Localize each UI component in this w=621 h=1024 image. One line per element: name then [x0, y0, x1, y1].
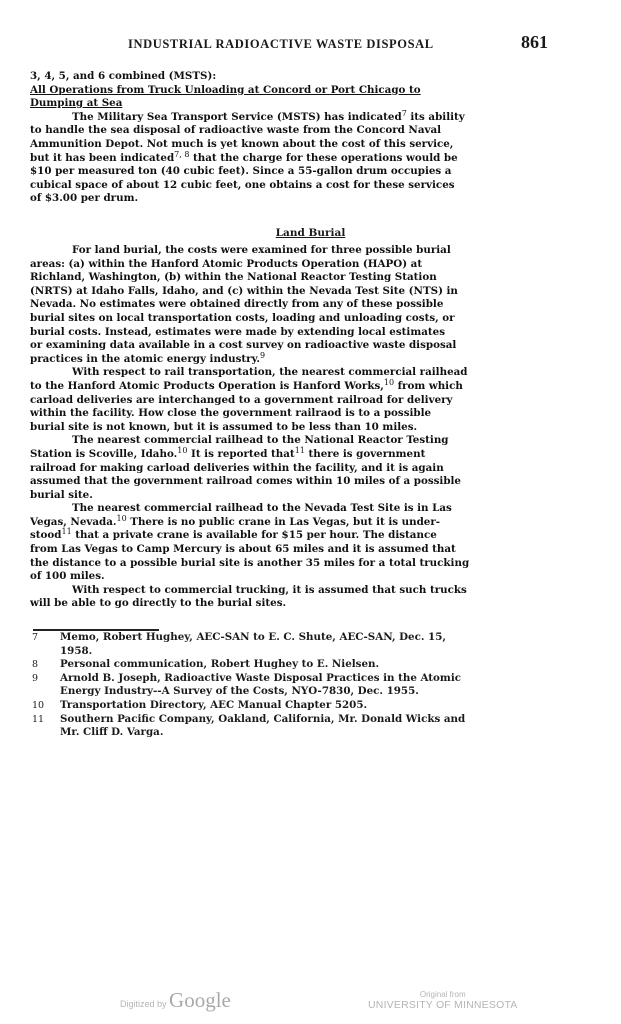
text-line: the distance to a possible burial site i… — [30, 557, 535, 571]
footnote-reference: 11 — [62, 527, 72, 536]
document-page: INDUSTRIAL RADIOACTIVE WASTE DISPOSAL 86… — [0, 0, 621, 1024]
footnote-number: 8 — [32, 658, 38, 672]
paragraph: The nearest commercial railhead to the N… — [30, 434, 535, 502]
footnote-text: Mr. Cliff D. Varga. — [32, 726, 542, 740]
section-title-line-2: Dumping at Sea — [30, 97, 535, 111]
footnote-text: 1958. — [32, 645, 542, 659]
original-from-label: Original from — [368, 990, 517, 999]
original-from: Original from UNIVERSITY OF MINNESOTA — [368, 990, 517, 1011]
text-line: burial costs. Instead, estimates were ma… — [30, 326, 535, 340]
text-line: burial sites on local transportation cos… — [30, 312, 535, 326]
text-line: or examining data available in a cost su… — [30, 339, 535, 353]
section-label: 3, 4, 5, and 6 combined (MSTS): — [30, 70, 535, 84]
footnote-number: 9 — [32, 672, 38, 686]
footnote: 9Arnold B. Joseph, Radioactive Waste Dis… — [32, 672, 542, 699]
digitized-by-google: Digitized by Google — [120, 988, 231, 1013]
text-line: areas: (a) within the Hanford Atomic Pro… — [30, 258, 535, 272]
paragraph: For land burial, the costs were examined… — [30, 244, 535, 366]
text-line: The Military Sea Transport Service (MSTS… — [30, 111, 535, 125]
paragraph: With respect to commercial trucking, it … — [30, 584, 535, 611]
land-burial-body: For land burial, the costs were examined… — [30, 244, 535, 611]
text-line: to the Hanford Atomic Products Operation… — [30, 380, 535, 394]
section-title-line-1: All Operations from Truck Unloading at C… — [30, 84, 535, 98]
text-line: burial site is not known, but it is assu… — [30, 421, 535, 435]
footnote-number: 7 — [32, 631, 38, 645]
footnotes: 7Memo, Robert Hughey, AEC-SAN to E. C. S… — [32, 631, 542, 740]
land-burial-heading: Land Burial — [0, 227, 621, 239]
footnote: 10Transportation Directory, AEC Manual C… — [32, 699, 542, 713]
text-line: railroad for making carload deliveries w… — [30, 462, 535, 476]
footnote: 8Personal communication, Robert Hughey t… — [32, 658, 542, 672]
text-line: Richland, Washington, (b) within the Nat… — [30, 271, 535, 285]
footnote-reference: 9 — [260, 351, 265, 360]
footnote-reference: 11 — [295, 446, 305, 455]
footnote-number: 11 — [32, 713, 44, 727]
text-line: of 100 miles. — [30, 570, 535, 584]
footnote: 7Memo, Robert Hughey, AEC-SAN to E. C. S… — [32, 631, 542, 658]
text-line: The nearest commercial railhead to the N… — [30, 502, 535, 516]
text-line: cubical space of about 12 cubic feet, on… — [30, 179, 535, 193]
text-line: Vegas, Nevada.10 There is no public cran… — [30, 516, 535, 530]
footnote-text: Personal communication, Robert Hughey to… — [32, 658, 542, 672]
footnote-text: Memo, Robert Hughey, AEC-SAN to E. C. Sh… — [32, 631, 542, 645]
text-line: carload deliveries are interchanged to a… — [30, 394, 535, 408]
institution-name: UNIVERSITY OF MINNESOTA — [368, 999, 517, 1011]
google-logo: Google — [169, 988, 231, 1012]
text-line: assumed that the government railroad com… — [30, 475, 535, 489]
footnote-reference: 7, 8 — [174, 150, 189, 159]
footnote-text: Energy Industry--A Survey of the Costs, … — [32, 685, 542, 699]
text-line: will be able to go directly to the buria… — [30, 597, 535, 611]
digitized-by-label: Digitized by — [120, 999, 167, 1009]
text-line: within the facility. How close the gover… — [30, 407, 535, 421]
footnote-reference: 10 — [384, 378, 394, 387]
paragraph: With respect to rail transportation, the… — [30, 366, 535, 434]
section-msts: 3, 4, 5, and 6 combined (MSTS): All Oper… — [30, 70, 535, 206]
text-line: The nearest commercial railhead to the N… — [30, 434, 535, 448]
footnote-reference: 10 — [177, 446, 187, 455]
msts-paragraph: The Military Sea Transport Service (MSTS… — [30, 111, 535, 206]
footnote-number: 10 — [32, 699, 44, 713]
text-line: of $3.00 per drum. — [30, 192, 535, 206]
footnote-text: Southern Pacific Company, Oakland, Calif… — [32, 713, 542, 727]
text-line: Nevada. No estimates were obtained direc… — [30, 298, 535, 312]
footnote-reference: 7 — [402, 109, 407, 118]
footnote: 11Southern Pacific Company, Oakland, Cal… — [32, 713, 542, 740]
text-line: but it has been indicated7, 8 that the c… — [30, 152, 535, 166]
text-line: (NRTS) at Idaho Falls, Idaho, and (c) wi… — [30, 285, 535, 299]
page-number: 861 — [521, 32, 548, 53]
text-line: With respect to commercial trucking, it … — [30, 584, 535, 598]
text-line: Station is Scoville, Idaho.10 It is repo… — [30, 448, 535, 462]
footnote-text: Transportation Directory, AEC Manual Cha… — [32, 699, 542, 713]
text-line: stood11 that a private crane is availabl… — [30, 529, 535, 543]
text-line: With respect to rail transportation, the… — [30, 366, 535, 380]
footnote-text: Arnold B. Joseph, Radioactive Waste Disp… — [32, 672, 542, 686]
text-line: Ammunition Depot. Not much is yet known … — [30, 138, 535, 152]
text-line: burial site. — [30, 489, 535, 503]
running-title: INDUSTRIAL RADIOACTIVE WASTE DISPOSAL — [128, 37, 434, 52]
text-line: $10 per measured ton (40 cubic feet). Si… — [30, 165, 535, 179]
text-line: to handle the sea disposal of radioactiv… — [30, 124, 535, 138]
text-line: from Las Vegas to Camp Mercury is about … — [30, 543, 535, 557]
text-line: For land burial, the costs were examined… — [30, 244, 535, 258]
paragraph: The nearest commercial railhead to the N… — [30, 502, 535, 584]
footnote-reference: 10 — [117, 514, 127, 523]
text-line: practices in the atomic energy industry.… — [30, 353, 535, 367]
